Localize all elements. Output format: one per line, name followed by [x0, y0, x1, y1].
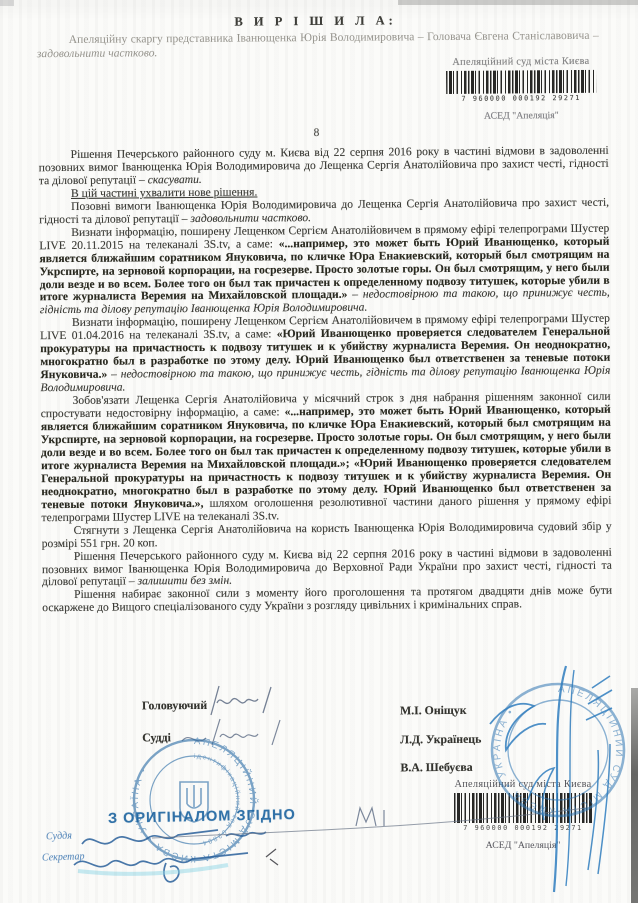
registry-block-top: Апеляційний суд міста Києва 7 960000 000… — [431, 56, 612, 122]
registry-barcode — [446, 70, 596, 94]
presiding-judge-label: Головуючий — [142, 698, 207, 714]
handwritten-secretary-label: Секретар — [42, 851, 85, 863]
page-number: 8 — [0, 125, 636, 142]
paragraph-recognize-info-2016: Визнати інформацію, поширену Лещенком Се… — [40, 313, 611, 395]
paragraph-recognize-info-2015: Визнати інформацію, поширену Лещенком Се… — [39, 222, 610, 317]
handwritten-judge-label: Суддя — [46, 831, 72, 843]
paragraph-legal-force: Рішення набирає законної сили з моменту … — [42, 585, 612, 615]
scanned-court-decision-page: В И Р І Ш И Л А: Апеляційну скаргу предс… — [0, 0, 638, 903]
judge-name-onishchuk: М.І. Оніщук — [400, 703, 467, 719]
paragraph-cancel-decision: Рішення Печерського районного суду м. Ки… — [39, 145, 609, 188]
presiding-judge-signature — [205, 683, 275, 719]
court-name-label: Апеляційний суд міста Києва — [431, 56, 611, 68]
ased-system-label: АСЕД "Апеляція" — [431, 110, 611, 122]
barcode-digits: 7 960000 000192 29271 — [431, 94, 611, 103]
certification-secretary-signature — [70, 845, 310, 889]
decision-body: Рішення Печерського районного суду м. Ки… — [39, 145, 613, 616]
paragraph-unchanged-part: Рішення Печерського районного суду м. Ки… — [42, 546, 612, 589]
judge-name-shebuieva: В.А. Шебуєва — [400, 760, 472, 776]
court-round-stamp-right: АПЕЛЯЦІЙНИЙ СУД МІСТА КИЄВА • УКРАЇНА • — [470, 660, 638, 900]
paragraph-obligation-refute: Зобов'язати Лещенка Сергія Анатолійовича… — [41, 391, 612, 525]
